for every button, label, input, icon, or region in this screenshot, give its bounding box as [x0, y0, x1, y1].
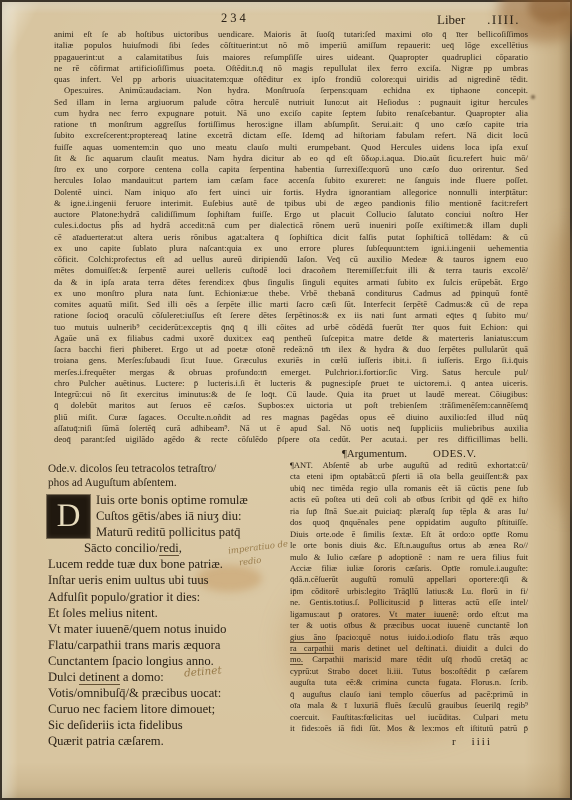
- poem-line: Cuſtos gētis/abes iā niuʒ diu:: [48, 508, 310, 524]
- commentary-line: Agaūe unā ex filiabus cadmi uxorē duxit:…: [54, 333, 528, 344]
- commentary-line: animi eſt ſe ab hoſtibus uictoribus uend…: [54, 29, 528, 40]
- poem-line: Iuis orte bonis optime romulæ: [48, 492, 310, 508]
- odes-label: ODES.V.: [433, 448, 477, 460]
- commentary-line: cē aīaduerterat:ut altera ueris rōnibus …: [54, 232, 528, 243]
- argumentum-line: dos quoq̄ q̄nquēnales pene oppidatim aug…: [290, 517, 528, 528]
- commentary-line: q̄ dolebūt maritos aut ſeruos eē cæſos. …: [54, 400, 528, 411]
- argumentum-line: cta eteni ip̄m optabāt:cū p̄ſerti iā oīa…: [290, 471, 528, 482]
- commentary-line: ſacra bacchi fieri p̄hiberet. Ergo ut ad…: [54, 344, 528, 355]
- argumentum-line: ne. Gentis.totius.ſ. Pollicitus:id p̄ li…: [290, 597, 528, 608]
- underlined-text: mo.: [290, 654, 303, 665]
- ode-heading: Ode.v. dicolos ſeu tetracolos tetraſtro/…: [48, 463, 300, 490]
- ode-poem: Iuis orte bonis optime romulæCuſtos gēti…: [48, 492, 310, 750]
- argumentum-line: mulo & Iulio cæſare p̄ adoptionē : nam r…: [290, 552, 528, 563]
- argumentum-line: oīa mala & ī luxuriā fluēs ſæculū grauib…: [290, 700, 528, 711]
- poem-line: Curuo nec faciem litore dimouet;: [48, 701, 310, 717]
- commentary-line: ratione tn̄ monſtrum aggreſſus fortiſſim…: [54, 119, 528, 130]
- argumentum-line: ria ſup̄ ſīnā Sue.ait p̄uiciaq̄: plæraſq…: [290, 506, 528, 517]
- commentary-line: cum hydra nec ferro expugnare potuit. Nā…: [54, 108, 528, 119]
- argumentum-line: cyprū:ut Strabo docet li.iii. Tutus bos:…: [290, 666, 528, 677]
- poem-line: Dulci detinent a domo:: [48, 669, 310, 685]
- argumentum-line: coercuit. Fauſtitas:fœlicitas uel iucūdi…: [290, 712, 528, 723]
- argumentum-line: q̄ auguſtus clauſo iani templo cōuerſus …: [290, 689, 528, 700]
- argumentum-heading: ¶Argumentum.ODES.V.: [290, 448, 528, 460]
- commentary-line: chro Pulcher auētinus. Luctere: p̄ lucte…: [54, 378, 528, 389]
- argumentum-line: q̄dā.n.cēſuerūt auguſtū romulū appellari…: [290, 574, 528, 585]
- poem-line: Sic deſideriis icta fidelibus: [48, 717, 310, 733]
- underlined-text: ra carpathii: [290, 643, 334, 654]
- poem-line: Flatu/carpathii trans maris æquora: [48, 637, 310, 653]
- poem-line: Cunctantem ſpacio longius anno.: [48, 653, 310, 669]
- argumentum-line: actis eū poſtea uti deū coli ab oībus ſc…: [290, 494, 528, 505]
- poem-line: Lucem redde tuæ dux bone patriæ.: [48, 556, 310, 572]
- argumentum-block: ¶ANT. Abſentē ab urbe auguſtū ad reditū …: [290, 460, 528, 735]
- commentary-line: ratione ſocioq̄ oraculū cōſuleret:iuſſus…: [54, 310, 528, 321]
- argumentum-line: Acciæ filiæ iuliæ ſororis cæſaris. Optīe…: [290, 563, 528, 574]
- commentary-line: tuo mutuis uulnerib⁹ ceciderūt:exceptis …: [54, 322, 528, 333]
- signature-numerals: iiii: [472, 736, 492, 748]
- argumentum-line: ra carpathii maris detinet uel deſtinat.…: [290, 643, 528, 654]
- commentary-line: da & in ipſa arata terra dētes ferendi:e…: [54, 277, 528, 288]
- commentary-line: cōficit. Colchi:profectus eſt ad uellus …: [54, 254, 528, 265]
- commentary-line: ne rē cōfirmat artificioſiſſimus poeta. …: [54, 63, 528, 74]
- page-number: 234: [221, 11, 249, 26]
- signature-mark: riiii: [452, 736, 492, 748]
- commentary-line: ſtro ex uno corpore centena colla capita…: [54, 164, 528, 175]
- underlined-text: Vt mater iuuenē: [389, 609, 457, 620]
- commentary-line: quas infert. Vel pp arboris uiuacitatem:…: [54, 74, 528, 85]
- commentary-line: & igne.i.ingenii feruore interimit. Euſe…: [54, 198, 528, 209]
- commentary-line: ſit & ſic aquarum clauſit meatus. Nam hy…: [54, 153, 528, 164]
- running-title-numeral: .IIII.: [487, 12, 520, 27]
- underlined-text: detinent: [79, 670, 120, 685]
- underlined-text: redi: [159, 541, 179, 556]
- commentary-line: deoq̄ parant:ſed uigilādo agēdo & recte …: [54, 434, 528, 445]
- commentary-line: ppagauerint:ut a calamitatibus ſuis maio…: [54, 52, 528, 63]
- signature-letter: r: [452, 736, 456, 748]
- argumentum-line: gius āno ſpacio:quē notus iuido.i.odioſo…: [290, 632, 528, 643]
- commentary-line: Sed illam in lerna argiuorum palude cōtr…: [54, 97, 528, 108]
- commentary-line: auctore Platone:hydrā calidiſſimum ſophi…: [54, 209, 528, 220]
- commentary-line: cules.i.doctus pḧs ad hydrā accedit:nā c…: [54, 220, 528, 231]
- ode-heading-line1: Ode.v. dicolos ſeu tetracolos tetraſtro/: [48, 463, 300, 477]
- argumentum-line: ter & uotis oībus & præcibus uocat iuuen…: [290, 620, 528, 631]
- commentary-line: hercules Iolao mandauit:ut partem iam cæ…: [54, 175, 528, 186]
- poem-line: Maturū reditū pollicitus patq̄: [48, 524, 310, 540]
- commentary-line: mētes domuiſſet:& ſerpentē aurei uelleri…: [54, 265, 528, 276]
- argumentum-line: le orte bonis diuis &c. Eſt.n.auguſtus o…: [290, 540, 528, 551]
- argumentum-line: it fides:oēs iā fidi ſūt. Mos & lex:mos …: [290, 723, 528, 734]
- poem-line: Quærit patria cæſarem.: [48, 733, 310, 749]
- poem-line: Inſtar ueris enim uultus ubi tuus: [48, 572, 310, 588]
- commentary-line: Dolentē uinci. Nam iniquo aīo fert uinci…: [54, 187, 528, 198]
- poem-line: Vt mater iuuenē/quem notus inuido: [48, 621, 310, 637]
- commentary-line: Opes:uires. Animū:audaciam. Non hydra. M…: [54, 85, 528, 96]
- running-title: Liber.IIII.: [437, 12, 520, 28]
- argumentum-label: ¶Argumentum.: [290, 448, 407, 460]
- argumentum-line: ip̄m cōditorē urbis:legito Trāq̄llū lati…: [290, 586, 528, 597]
- commentary-line: p̄liū miſit. Curæ ſagaces. Occulte.n.oñd…: [54, 412, 528, 423]
- argumentum-line: Diuis orte.ode ē ſimilis ſextæ. Eſt āt o…: [290, 529, 528, 540]
- argumentum-line: ¶ANT. Abſentē ab urbe auguſtū ad reditū …: [290, 460, 528, 471]
- book-page-scan: 234 Liber.IIII. animi eſt ſe ab hoſtibus…: [0, 0, 572, 800]
- commentary-line: fuiſſe aquas uomentem:in quo uno meatu c…: [54, 142, 528, 153]
- ode-heading-line2: phos ad Auguſtum abſentem.: [48, 477, 300, 491]
- commentary-line: italiæ populos huiuſmodi ſibi ſedes cōſt…: [54, 40, 528, 51]
- commentary-line: Integrū:cui nō ſit exercitus iminutus:& …: [54, 389, 528, 400]
- running-title-word: Liber: [437, 12, 465, 27]
- poem-line: Adfulſit populo/gratior it dies:: [48, 589, 310, 605]
- argumentum-line: ligamus:aut p̄ oratores. Vt mater iuuenē…: [290, 609, 528, 620]
- commentary-line: merſes.i.frequēter mergas & obruas profu…: [54, 367, 528, 378]
- argumentum-line: mo. Carpathii maris:id mare tēdit uſq̄ r…: [290, 654, 528, 665]
- commentary-line: ſubito excreſcerent:proptereaq̄ latine e…: [54, 130, 528, 141]
- page-header: 234 Liber.IIII.: [0, 11, 572, 31]
- paper-stain: [543, 225, 572, 515]
- commentary-line: ex uno monſtro plura nata ſunt. Echioniæ…: [54, 288, 528, 299]
- commentary-block: animi eſt ſe ab hoſtibus uictoribus uend…: [54, 29, 528, 445]
- commentary-line: ex uno capite ſublato plura naſcant:quia…: [54, 243, 528, 254]
- commentary-line: comites aquatū miſit. Sed illi oēs a ſer…: [54, 299, 528, 310]
- argumentum-line: auguſta tuta eē:& crimina cuncta fugata.…: [290, 677, 528, 688]
- poem-line: Et ſoles melius nitent.: [48, 605, 310, 621]
- argumentum-line: ubiq̄ nec timēda regio ulla romanis eēt …: [290, 483, 528, 494]
- commentary-line: aſſatuq̄:niſi ſūmā ſolertēq̄ curā adhibe…: [54, 423, 528, 434]
- ink-speck: [531, 95, 535, 99]
- underlined-text: gius āno: [290, 632, 326, 643]
- commentary-line: troiana gens. Merſes:ſubaudi ſi:ut Iuue.…: [54, 355, 528, 366]
- poem-line: Votis/omnibuſq̄/& præcibus uocat:: [48, 685, 310, 701]
